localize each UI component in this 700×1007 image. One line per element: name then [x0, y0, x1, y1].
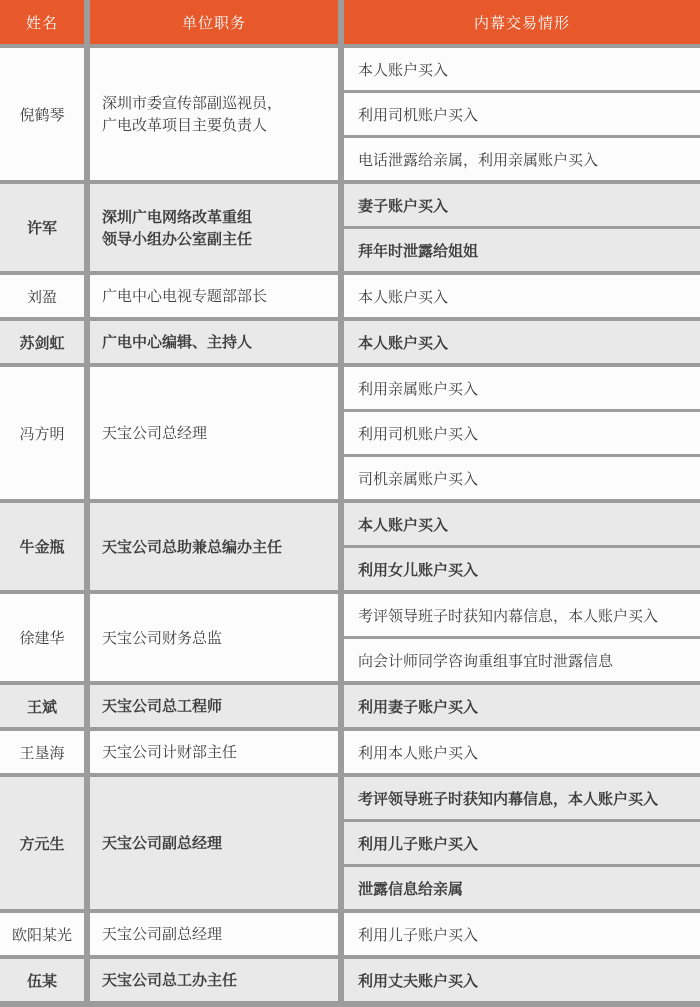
- position-cell: 天宝公司总助兼总编办主任: [90, 503, 338, 590]
- situation-stack: 本人账户买入利用女儿账户买入: [344, 503, 700, 590]
- name-cell: 欧阳某光: [0, 913, 84, 955]
- situation-cell: 利用司机账户买入: [344, 93, 700, 135]
- situation-stack: 利用亲属账户买入利用司机账户买入司机亲属账户买入: [344, 367, 700, 499]
- position-cell: 天宝公司总经理: [90, 367, 338, 499]
- table-row-group: 王斌 天宝公司总工程师 利用妻子账户买入: [0, 685, 700, 727]
- situation-stack: 利用本人账户买入: [344, 731, 700, 773]
- position-cell: 广电中心编辑、主持人: [90, 321, 338, 363]
- insider-trading-table: 姓名 单位职务 内幕交易情形 倪鹤琴 深圳市委宣传部副巡视员， 广电改革项目主要…: [0, 0, 700, 1007]
- table-row-group: 欧阳某光 天宝公司副总经理 利用儿子账户买入: [0, 913, 700, 955]
- table-row-group: 苏剑虹 广电中心编辑、主持人 本人账户买入: [0, 321, 700, 363]
- situation-cell: 电话泄露给亲属，利用亲属账户买入: [344, 138, 700, 180]
- position-cell: 天宝公司副总经理: [90, 777, 338, 909]
- position-cell: 深圳广电网络改革重组 领导小组办公室副主任: [90, 184, 338, 271]
- header-cell-name: 姓名: [0, 0, 84, 44]
- situation-cell: 本人账户买入: [344, 321, 700, 363]
- situation-cell: 拜年时泄露给姐姐: [344, 229, 700, 271]
- name-cell: 苏剑虹: [0, 321, 84, 363]
- situation-stack: 本人账户买入: [344, 321, 700, 363]
- table-row-group: 方元生 天宝公司副总经理 考评领导班子时获知内幕信息，本人账户买入利用儿子账户买…: [0, 777, 700, 909]
- position-cell: 广电中心电视专题部部长: [90, 275, 338, 317]
- situation-cell: 本人账户买入: [344, 503, 700, 545]
- table-row-group: 刘盈 广电中心电视专题部部长 本人账户买入: [0, 275, 700, 317]
- table-header-row: 姓名 单位职务 内幕交易情形: [0, 0, 700, 44]
- name-cell: 王垦海: [0, 731, 84, 773]
- table-row-group: 倪鹤琴 深圳市委宣传部副巡视员， 广电改革项目主要负责人 本人账户买入利用司机账…: [0, 48, 700, 180]
- situation-cell: 利用女儿账户买入: [344, 548, 700, 590]
- position-cell: 天宝公司财务总监: [90, 594, 338, 681]
- situation-stack: 妻子账户买入拜年时泄露给姐姐: [344, 184, 700, 271]
- name-cell: 牛金瓶: [0, 503, 84, 590]
- situation-cell: 向会计师同学咨询重组事宜时泄露信息: [344, 639, 700, 681]
- table-row-group: 许军 深圳广电网络改革重组 领导小组办公室副主任 妻子账户买入拜年时泄露给姐姐: [0, 184, 700, 271]
- name-cell: 许军: [0, 184, 84, 271]
- situation-cell: 妻子账户买入: [344, 184, 700, 226]
- header-cell-situation: 内幕交易情形: [344, 0, 700, 44]
- position-cell: 天宝公司总工程师: [90, 685, 338, 727]
- situation-cell: 利用儿子账户买入: [344, 822, 700, 864]
- table-row-group: 徐建华 天宝公司财务总监 考评领导班子时获知内幕信息，本人账户买入向会计师同学咨…: [0, 594, 700, 681]
- situation-cell: 本人账户买入: [344, 275, 700, 317]
- name-cell: 刘盈: [0, 275, 84, 317]
- situation-cell: 利用儿子账户买入: [344, 913, 700, 955]
- situation-stack: 利用妻子账户买入: [344, 685, 700, 727]
- position-cell: 天宝公司总工办主任: [90, 959, 338, 1001]
- situation-cell: 利用司机账户买入: [344, 412, 700, 454]
- position-cell: 天宝公司副总经理: [90, 913, 338, 955]
- situation-stack: 利用丈夫账户买入: [344, 959, 700, 1001]
- situation-cell: 司机亲属账户买入: [344, 457, 700, 499]
- name-cell: 伍某: [0, 959, 84, 1001]
- name-cell: 徐建华: [0, 594, 84, 681]
- table-row-group: 牛金瓶 天宝公司总助兼总编办主任 本人账户买入利用女儿账户买入: [0, 503, 700, 590]
- situation-cell: 利用本人账户买入: [344, 731, 700, 773]
- table-row-group: 王垦海 天宝公司计财部主任 利用本人账户买入: [0, 731, 700, 773]
- situation-cell: 泄露信息给亲属: [344, 867, 700, 909]
- situation-cell: 利用妻子账户买入: [344, 685, 700, 727]
- name-cell: 冯方明: [0, 367, 84, 499]
- situation-stack: 考评领导班子时获知内幕信息，本人账户买入向会计师同学咨询重组事宜时泄露信息: [344, 594, 700, 681]
- table-row-group: 冯方明 天宝公司总经理 利用亲属账户买入利用司机账户买入司机亲属账户买入: [0, 367, 700, 499]
- situation-stack: 本人账户买入: [344, 275, 700, 317]
- position-cell: 深圳市委宣传部副巡视员， 广电改革项目主要负责人: [90, 48, 338, 180]
- table-row-group: 伍某 天宝公司总工办主任 利用丈夫账户买入: [0, 959, 700, 1001]
- situation-cell: 考评领导班子时获知内幕信息，本人账户买入: [344, 777, 700, 819]
- name-cell: 方元生: [0, 777, 84, 909]
- situation-cell: 考评领导班子时获知内幕信息，本人账户买入: [344, 594, 700, 636]
- situation-stack: 本人账户买入利用司机账户买入电话泄露给亲属，利用亲属账户买入: [344, 48, 700, 180]
- name-cell: 倪鹤琴: [0, 48, 84, 180]
- situation-stack: 利用儿子账户买入: [344, 913, 700, 955]
- header-cell-position: 单位职务: [90, 0, 338, 44]
- situation-cell: 本人账户买入: [344, 48, 700, 90]
- position-cell: 天宝公司计财部主任: [90, 731, 338, 773]
- situation-cell: 利用丈夫账户买入: [344, 959, 700, 1001]
- situation-stack: 考评领导班子时获知内幕信息，本人账户买入利用儿子账户买入泄露信息给亲属: [344, 777, 700, 909]
- situation-cell: 利用亲属账户买入: [344, 367, 700, 409]
- name-cell: 王斌: [0, 685, 84, 727]
